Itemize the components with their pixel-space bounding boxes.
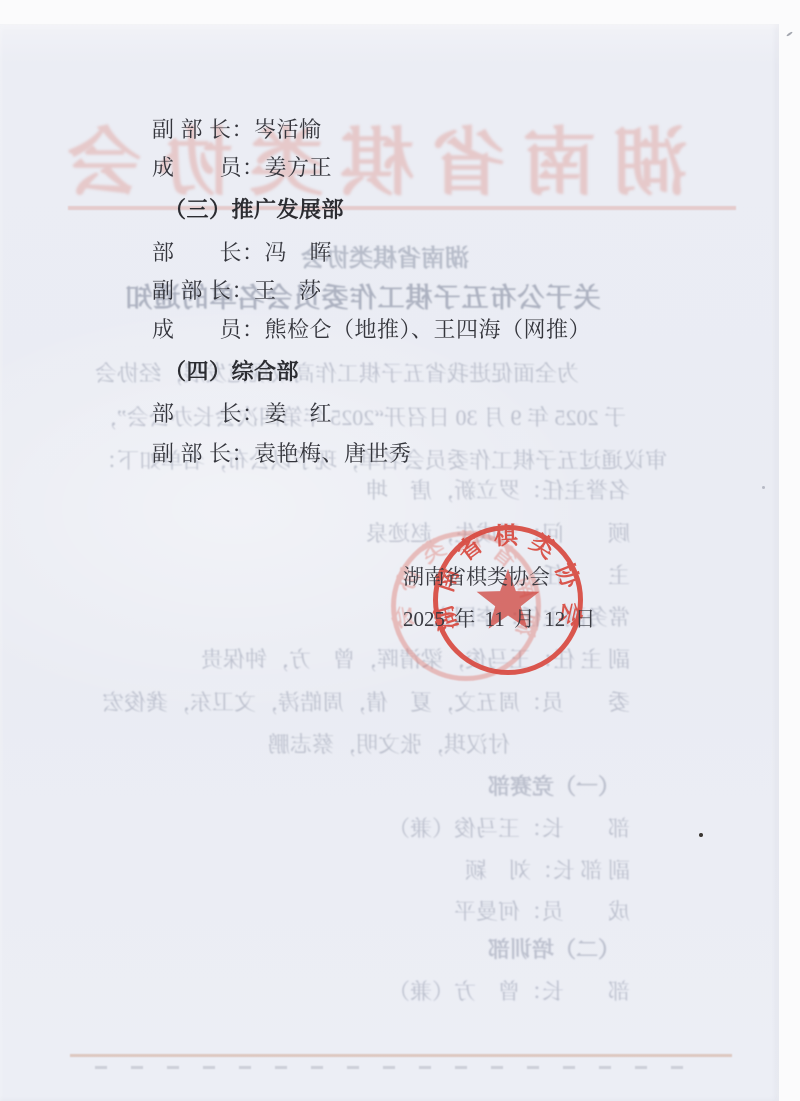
scan-speck — [699, 833, 703, 837]
section-heading: （四）综合部 — [164, 355, 299, 386]
bleedthrough-list-line: 付汉琪，张文明，蔡志鹏 — [268, 728, 510, 759]
section-heading: （三）推广发展部 — [164, 193, 344, 224]
bleedthrough-list-line: 部 长：王马俊（兼） — [388, 812, 630, 843]
member-row: 副 部 长：岑活愉 — [152, 113, 322, 144]
member-row: 成 员：姜方正 — [152, 151, 332, 182]
bleedthrough-section-heading: （一）竞赛部 — [488, 770, 620, 801]
member-row: 副 部 长：王 莎 — [152, 274, 322, 305]
bleedthrough-list-line: 副 部 长：刘 颖 — [465, 854, 630, 885]
scanned-document-page: 湖南省棋类协会 湖南省棋类协会 关于公布五子棋工作委员会名单的通知 为全面促进我… — [0, 0, 800, 1101]
member-row: 副 部 长：袁艳梅、唐世秀 — [152, 437, 412, 468]
bleedthrough-list-line: 成 员：何曼平 — [454, 895, 630, 926]
member-row: 部 长：冯 晖 — [152, 236, 332, 267]
stamp-front: 湖南省棋类协会 — [430, 522, 587, 672]
bleedthrough-section-heading: （二）培训部 — [488, 933, 620, 964]
scan-speck — [786, 31, 793, 37]
member-row: 成 员：熊检仑（地推）、王四海（网推） — [152, 313, 591, 344]
bleedthrough-list-line: 部 长：曾 方（兼） — [388, 975, 630, 1006]
bleedthrough-letterhead-title: 湖南省棋类协会 — [45, 104, 693, 210]
bleedthrough-footer-rule — [70, 1054, 732, 1057]
bleedthrough-footer-marks — [95, 1066, 707, 1069]
bleedthrough-list-line: 名誉主任：罗立新，唐 坤 — [366, 474, 630, 505]
scan-speck — [762, 486, 765, 489]
signature-organization: 湖南省棋类协会 — [403, 561, 550, 591]
signature-date: 2025 年 11 月 12 日 — [403, 603, 595, 633]
member-row: 部 长：姜 红 — [152, 397, 332, 428]
